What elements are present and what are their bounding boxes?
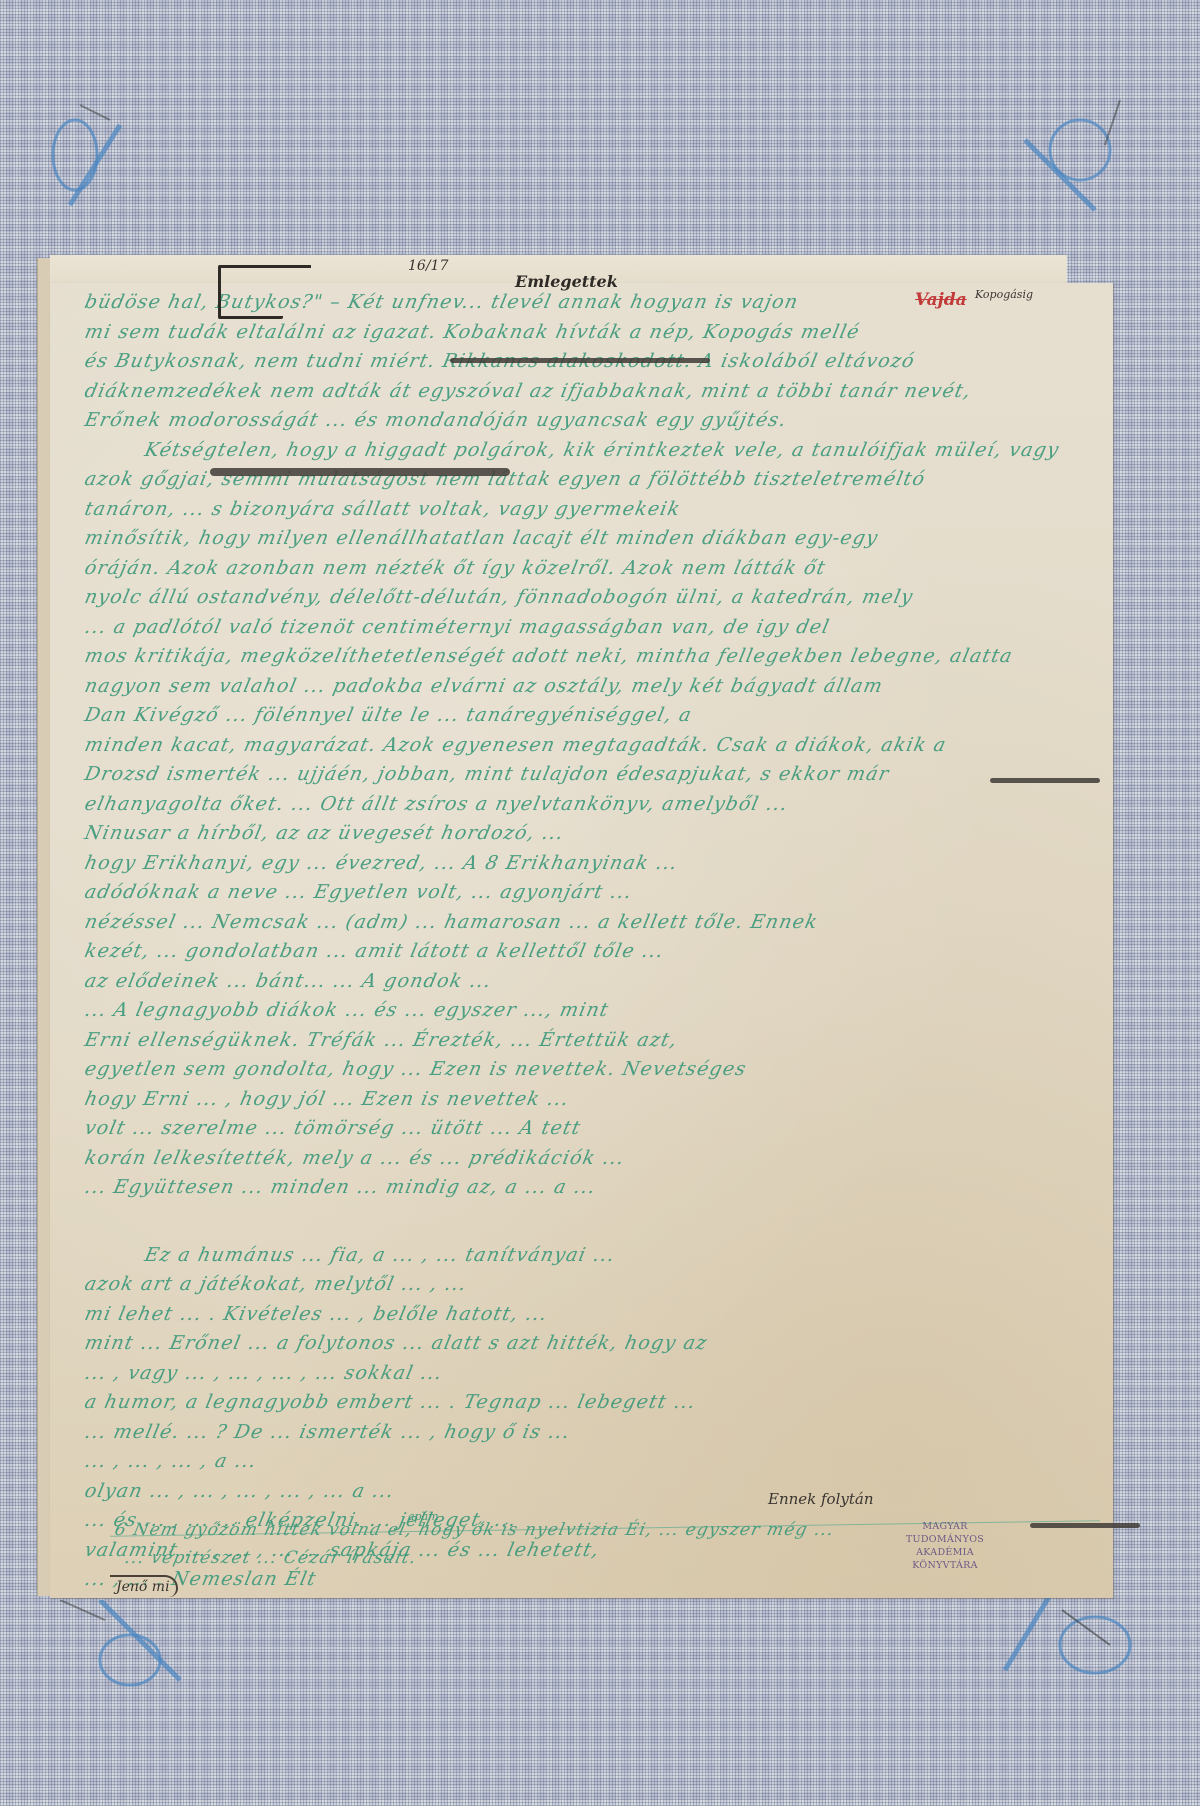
manuscript-line: tanáron, ... s bizonyára sállatt voltak,… — [83, 498, 683, 520]
scribble-out-mark — [450, 358, 710, 363]
manuscript-line: ... mellé. ... ? De ... ismerték ... , h… — [83, 1421, 573, 1443]
manuscript-line: diáknemzedékek nem adták át egyszóval az… — [83, 380, 974, 402]
manuscript-line: nézéssel ... Nemcsak ... (adm) ... hamar… — [83, 911, 821, 933]
manuscript-line: nyolc állú ostandvény, délelőtt-délután,… — [83, 586, 916, 608]
scribble-out-mark — [1030, 1523, 1140, 1528]
page-number-mark: 16/17 — [408, 258, 448, 274]
manuscript-line: mi lehet ... . Kivételes ... , belőle ha… — [83, 1303, 550, 1325]
stamp-line-3: KÖNYVTÁRA — [880, 1559, 1010, 1572]
library-stamp: MAGYAR TUDOMÁNYOS AKADÉMIA KÖNYVTÁRA — [880, 1520, 1010, 1572]
manuscript-line: azok art a játékokat, melytől ... , ... — [83, 1273, 469, 1295]
stamp-line-1: MAGYAR — [880, 1520, 1010, 1533]
footnote-line-2: ... vépitészet ... Cézár írásait. — [123, 1548, 419, 1568]
corner-mark-top-right-icon — [1010, 100, 1130, 220]
manuscript-line: mi sem tudák eltalálni az igazat. Kobakn… — [83, 321, 862, 343]
manuscript-line: Kétségtelen, hogy a higgadt polgárok, ki… — [143, 439, 1062, 461]
manuscript-line: ... a padlótól való tizenöt centiméterny… — [83, 616, 832, 638]
manuscript-line: minden kacat, magyarázat. Azok egyenesen… — [83, 734, 949, 756]
manuscript-line: hogy Erikhanyi, egy ... évezred, ... A 8… — [83, 852, 681, 874]
manuscript-line: mos kritikája, megközelíthetetlenségét a… — [83, 645, 1016, 667]
manuscript-line: Dan Kivégző ... fölénnyel ülte le ... ta… — [83, 704, 695, 726]
manuscript-line: Erni ellenségüknek. Tréfák ... Érezték, … — [83, 1029, 680, 1051]
manuscript-line: büdöse hal, Butykos?" – Két unfnev... tl… — [83, 291, 801, 313]
manuscript-line: volt ... szerelme ... tömörség ... ütött… — [83, 1117, 583, 1139]
manuscript-line: elhanyagolta őket. ... Ott állt zsíros a… — [83, 793, 791, 815]
red-correction-annotation: Kopogásig — [975, 288, 1033, 301]
manuscript-line: hogy Erni ... , hogy jól ... Ezen is nev… — [83, 1088, 572, 1110]
manuscript-line: Erőnek modorosságát ... és mondandóján u… — [83, 409, 789, 431]
scribble-out-mark — [990, 778, 1100, 783]
title-mark: Emlegettek — [515, 272, 618, 291]
manuscript-line: Ez a humánus ... fia, a ... , ... tanítv… — [143, 1244, 618, 1266]
manuscript-line: olyan ... , ... , ... , ... , ... a ... — [83, 1480, 397, 1502]
signature-mark: Jenő mi — [110, 1575, 178, 1597]
corner-mark-bottom-left-icon — [50, 1600, 190, 1710]
red-correction-mark: Vajda — [915, 290, 967, 310]
manuscript-line: ... A legnagyobb diákok ... és ... egysz… — [83, 999, 612, 1021]
manuscript-line: mint ... Erőnel ... a folytonos ... alat… — [83, 1332, 710, 1354]
manuscript-line: egyetlen sem gondolta, hogy ... Ezen is … — [83, 1058, 749, 1080]
manuscript-line: nagyon sem valahol ... padokba elvárni a… — [83, 675, 886, 697]
manuscript-line: a humor, a legnagyobb embert ... . Tegna… — [83, 1391, 699, 1413]
manuscript-line: kezét, ... gondolatban ... amit látott a… — [83, 940, 667, 962]
scribble-out-mark — [210, 468, 510, 476]
manuscript-line: korán lelkesítették, mely a ... és ... p… — [83, 1147, 627, 1169]
manuscript-line: minősítik, hogy milyen ellenállhatatlan … — [83, 527, 881, 549]
manuscript-line: ... , ... , ... , a ... — [83, 1450, 259, 1472]
manuscript-line: Ninusar a hírből, az az üvegesét hordozó… — [83, 822, 567, 844]
manuscript-line: adódóknak a neve ... Egyetlen volt, ... … — [83, 881, 635, 903]
manuscript-sheet: büdöse hal, Butykos?" – Két unfnev... tl… — [50, 283, 1113, 1598]
footnote-line-1: 6 Nem győzöm hittek volna el, hogy ők is… — [113, 1520, 836, 1540]
corner-mark-bottom-right-icon — [1000, 1590, 1140, 1690]
footnote-insert: Ennek folytán — [768, 1490, 874, 1508]
corner-mark-top-left-icon — [40, 100, 150, 210]
boxed-word-mark — [218, 265, 283, 319]
manuscript-line: Drozsd ismerték ... ujjáén, jobban, mint… — [83, 763, 892, 785]
manuscript-line: az elődeinek ... bánt... ... A gondok ..… — [83, 970, 494, 992]
stamp-line-2: TUDOMÁNYOS AKADÉMIA — [880, 1533, 1010, 1559]
manuscript-line: ... , vagy ... , ... , ... , ... sokkal … — [83, 1362, 445, 1384]
manuscript-line: óráján. Azok azonban nem nézték őt így k… — [83, 557, 828, 579]
manuscript-line: ... Együttesen ... minden ... mindig az,… — [83, 1176, 599, 1198]
